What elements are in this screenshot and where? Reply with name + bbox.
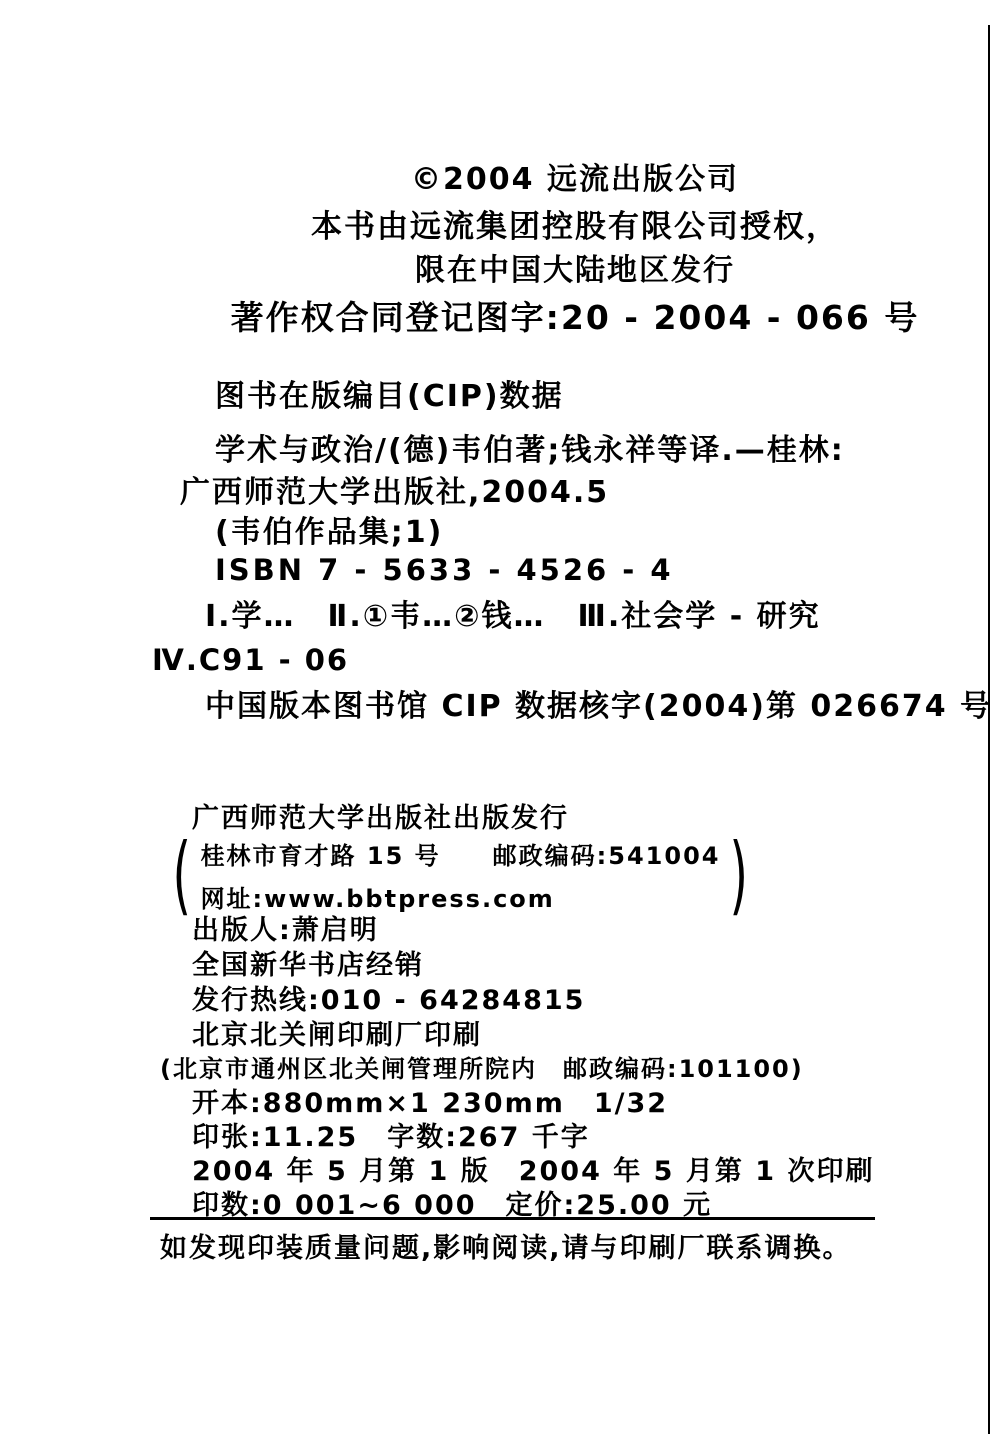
publisher-address-group: ( 桂林市育才路 15 号 邮政编码:541004 网址:www.bbtpres… [165, 836, 756, 914]
scan-page-edge-line [988, 25, 990, 1434]
cip-title-line: 学术与政治/(德)韦伯著;钱永祥等译.—桂林: [215, 434, 845, 469]
quality-notice-line: 如发现印装质量问题,影响阅读,请与印刷厂联系调换。 [160, 1233, 852, 1264]
printer-line: 北京北关闸印刷厂印刷 [192, 1020, 482, 1051]
book-format-line: 开本:880mm×1 230mm 1/32 [192, 1088, 668, 1119]
authorization-line: 本书由远流集团控股有限公司授权， [160, 210, 990, 246]
region-restriction-line: 限在中国大陆地区发行 [160, 254, 990, 289]
print-sheets-line: 印张:11.25 字数:267 千字 [192, 1122, 590, 1153]
publisher-line: 广西师范大学出版社出版发行 [192, 803, 569, 834]
cip-classification-line-1: Ⅰ.学… Ⅱ.①韦…②钱… Ⅲ.社会学 - 研究 [205, 600, 821, 635]
cip-heading: 图书在版编目(CIP)数据 [215, 380, 564, 415]
publisher-person-line: 出版人:萧启明 [192, 915, 379, 946]
open-parenthesis: ( [173, 836, 191, 914]
isbn-line: ISBN 7 - 5633 - 4526 - 4 [215, 554, 674, 587]
sales-hotline-line: 发行热线:010 - 64284815 [192, 985, 585, 1016]
edition-line: 2004 年 5 月第 1 版 2004 年 5 月第 1 次印刷 [192, 1156, 874, 1187]
cip-record-number-line: 中国版本图书馆 CIP 数据核字(2004)第 026674 号 [205, 690, 991, 725]
publisher-website-line: 网址:www.bbtpress.com [201, 879, 721, 914]
distribution-line: 全国新华书店经销 [192, 950, 424, 981]
copyright-registration-line: 著作权合同登记图字:20 - 2004 - 066 号 [160, 299, 990, 337]
copyright-line: ©2004 远流出版公司 [160, 163, 990, 198]
cip-series-line: (韦伯作品集;1) [215, 516, 443, 551]
footer-divider-rule [150, 1217, 875, 1220]
close-parenthesis: ) [730, 836, 748, 914]
book-colophon-page: ©2004 远流出版公司 本书由远流集团控股有限公司授权， 限在中国大陆地区发行… [0, 0, 991, 1434]
cip-publisher-line: 广西师范大学出版社,2004.5 [180, 476, 609, 511]
printer-address-line: (北京市通州区北关闸管理所院内 邮政编码:101100) [160, 1056, 804, 1084]
cip-classification-line-2: Ⅳ.C91 - 06 [152, 644, 349, 677]
publisher-address-line: 桂林市育才路 15 号 邮政编码:541004 [201, 836, 721, 871]
